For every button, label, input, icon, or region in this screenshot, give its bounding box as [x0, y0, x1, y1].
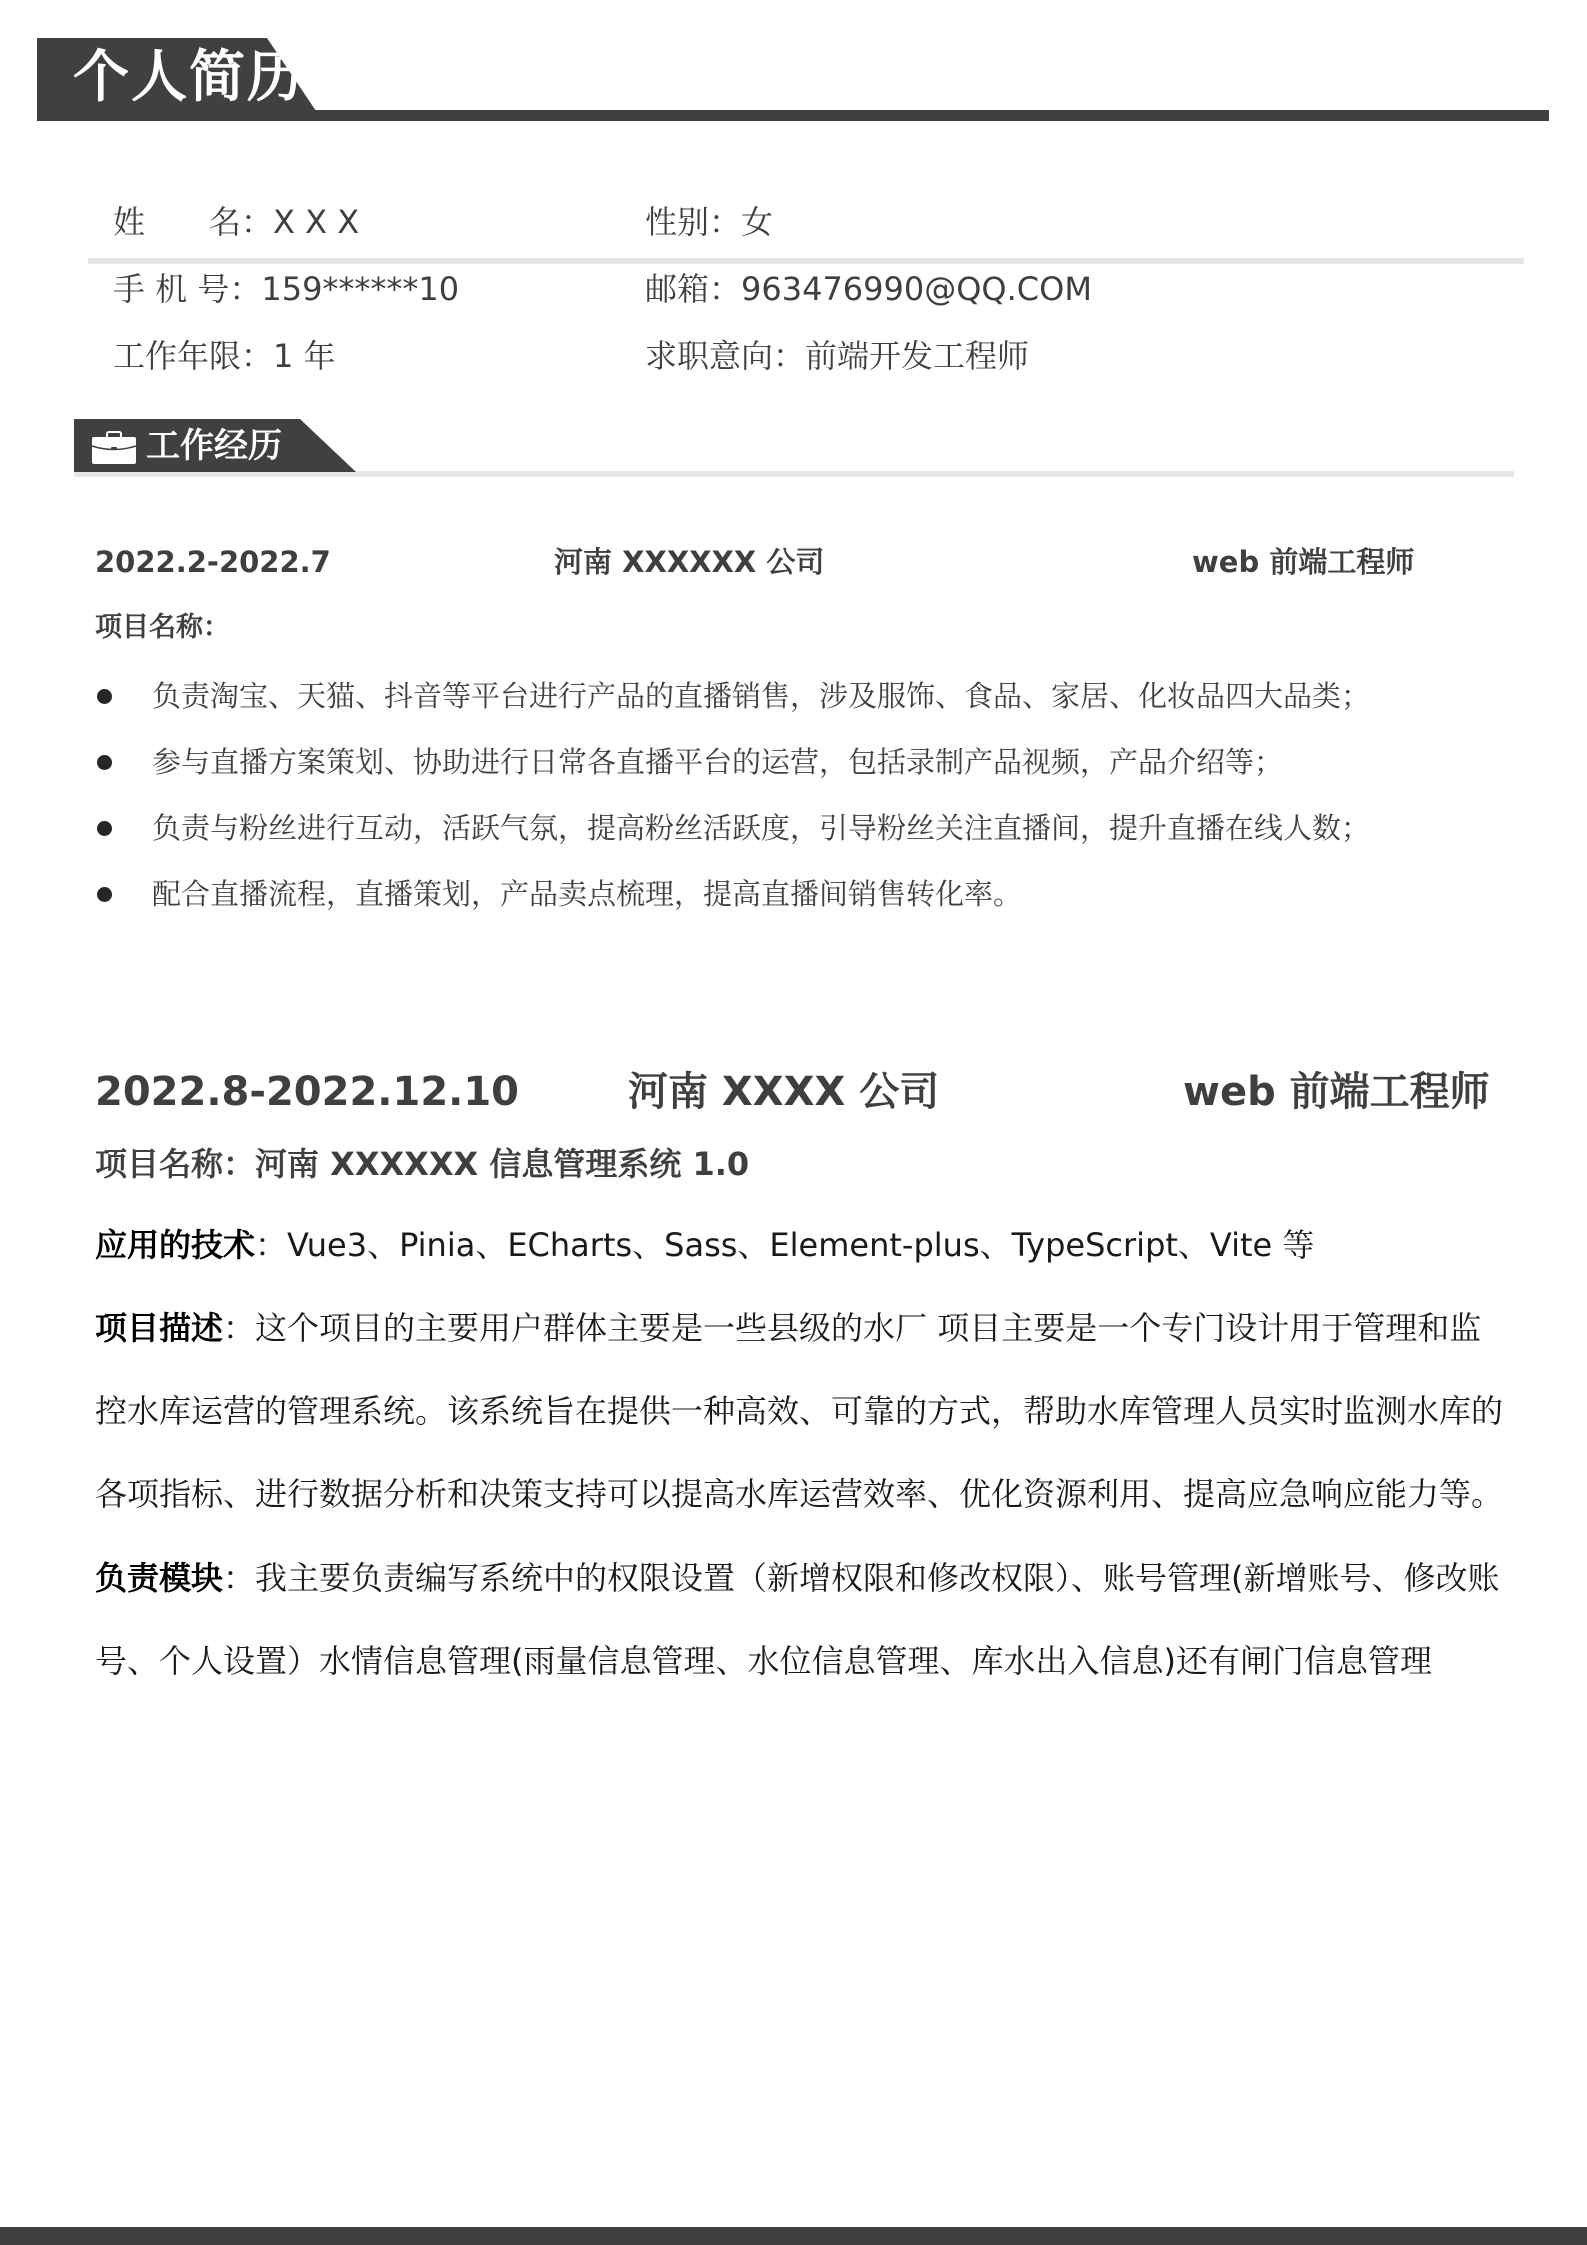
- section-title: 工作经历: [146, 423, 282, 469]
- bullet-text: 配合直播流程，直播策划，产品卖点梳理，提高直播间销售转化率。: [152, 877, 1022, 911]
- briefcase-icon: [91, 431, 137, 465]
- desc-line: 控水库运营的管理系统。该系统旨在提供一种高效、可靠的方式，帮助水库管理人员实时监…: [95, 1386, 1515, 1469]
- tech-line: 应用的技术：Vue3、Pinia、ECharts、Sass、Element-pl…: [95, 1220, 1515, 1303]
- tech-label: 应用的技术: [95, 1226, 255, 1264]
- desc-text: ：这个项目的主要用户群体主要是一些县级的水厂 项目主要是一个专门设计用于管理和监: [223, 1309, 1481, 1347]
- job-header-2: 2022.8-2022.12.10 河南 XXXX 公司 web 前端工程师: [95, 1065, 1495, 1119]
- job-company: 河南 XXXXXX 公司: [554, 540, 824, 584]
- info-row-name-gender: 姓 名：X X X 性别：女: [88, 200, 1524, 244]
- page-title: 个人简历: [73, 42, 305, 114]
- info-row-years-objective: 工作年限：1 年 求职意向：前端开发工程师: [88, 334, 1524, 378]
- info-row-phone-email: 手 机 号：159******10 邮箱：963476990@QQ.COM: [88, 267, 1524, 311]
- info-job-objective: 求职意向：前端开发工程师: [645, 334, 1029, 378]
- bullet-icon: [97, 887, 112, 902]
- bullet-icon: [97, 821, 112, 836]
- list-item: 配合直播流程，直播策划，产品卖点梳理，提高直播间销售转化率。: [95, 864, 1515, 930]
- tech-stack: 应用的技术：Vue3、Pinia、ECharts、Sass、Element-pl…: [95, 1220, 1515, 1303]
- desc-label: 项目描述: [95, 1309, 223, 1347]
- project-description: 项目描述：这个项目的主要用户群体主要是一些县级的水厂 项目主要是一个专门设计用于…: [95, 1303, 1515, 1552]
- modules-line: 号、个人设置）水情信息管理(雨量信息管理、水位信息管理、库水出入信息)还有闸门信…: [95, 1636, 1515, 1719]
- project-name-value: 河南 XXXXXX 信息管理系统 1.0: [255, 1145, 749, 1183]
- list-item: 参与直播方案策划、协助进行日常各直播平台的运营，包括录制产品视频，产品介绍等；: [95, 732, 1515, 798]
- info-name: 姓 名：X X X: [113, 200, 359, 244]
- bullet-icon: [97, 755, 112, 770]
- info-email: 邮箱：963476990@QQ.COM: [645, 267, 1092, 311]
- job-date: 2022.8-2022.12.10: [95, 1065, 519, 1119]
- desc-line: 各项指标、进行数据分析和决策支持可以提高水库运营效率、优化资源利用、提高应急响应…: [95, 1469, 1515, 1552]
- footer-bar: [0, 2227, 1587, 2245]
- job-position: web 前端工程师: [1183, 1065, 1490, 1119]
- list-item: 负责与粉丝进行互动，活跃气氛，提高粉丝活跃度，引导粉丝关注直播间，提升直播在线人…: [95, 798, 1515, 864]
- job-position: web 前端工程师: [1192, 540, 1414, 584]
- project-name-label: 项目名称：: [95, 1145, 255, 1183]
- list-item: 负责淘宝、天猫、抖音等平台进行产品的直播销售，涉及服饰、食品、家居、化妆品四大品…: [95, 666, 1515, 732]
- job-company: 河南 XXXX 公司: [628, 1065, 939, 1119]
- info-phone: 手 机 号：159******10: [113, 267, 459, 311]
- bullet-text: 参与直播方案策划、协助进行日常各直播平台的运营，包括录制产品视频，产品介绍等；: [152, 745, 1283, 779]
- modules-label: 负责模块: [95, 1559, 223, 1597]
- info-work-years: 工作年限：1 年: [113, 334, 336, 378]
- section-header-work-experience: 工作经历: [74, 419, 1514, 477]
- modules-line: 负责模块：我主要负责编写系统中的权限设置（新增权限和修改权限）、账号管理(新增账…: [95, 1553, 1515, 1636]
- desc-line: 项目描述：这个项目的主要用户群体主要是一些县级的水厂 项目主要是一个专门设计用于…: [95, 1303, 1515, 1386]
- modules-text: ：我主要负责编写系统中的权限设置（新增权限和修改权限）、账号管理(新增账号、修改…: [223, 1559, 1500, 1597]
- bullet-icon: [97, 689, 112, 704]
- project-name: 项目名称：河南 XXXXXX 信息管理系统 1.0: [95, 1142, 749, 1186]
- info-divider: [88, 258, 1524, 264]
- bullet-text: 负责淘宝、天猫、抖音等平台进行产品的直播销售，涉及服饰、食品、家居、化妆品四大品…: [152, 679, 1370, 713]
- info-gender: 性别：女: [645, 200, 773, 244]
- project-name-label: 项目名称：: [95, 608, 230, 648]
- job-header-1: 2022.2-2022.7 河南 XXXXXX 公司 web 前端工程师: [95, 540, 1495, 584]
- bullet-text: 负责与粉丝进行互动，活跃气氛，提高粉丝活跃度，引导粉丝关注直播间，提升直播在线人…: [152, 811, 1370, 845]
- title-banner: 个人简历: [37, 38, 1549, 121]
- job-date: 2022.2-2022.7: [95, 540, 331, 584]
- responsible-modules: 负责模块：我主要负责编写系统中的权限设置（新增权限和修改权限）、账号管理(新增账…: [95, 1553, 1515, 1719]
- tech-value: ：Vue3、Pinia、ECharts、Sass、Element-plus、Ty…: [255, 1226, 1314, 1264]
- job-1-bullets: 负责淘宝、天猫、抖音等平台进行产品的直播销售，涉及服饰、食品、家居、化妆品四大品…: [95, 666, 1515, 930]
